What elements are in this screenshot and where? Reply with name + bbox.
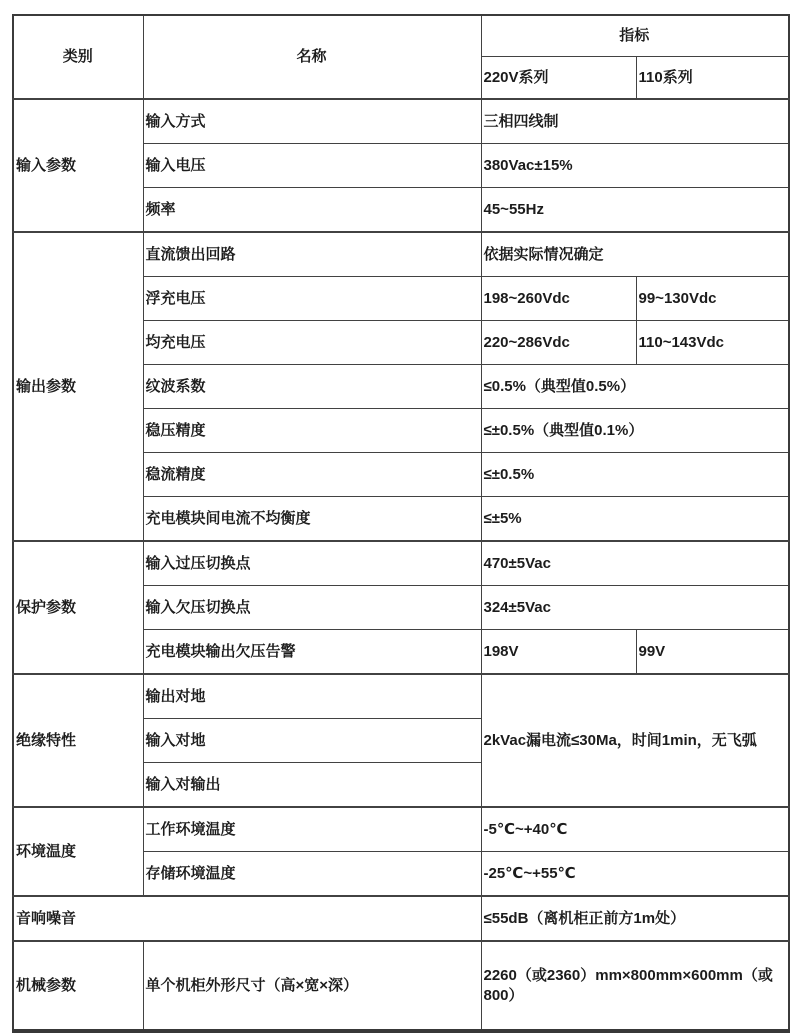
category-cell: 绝缘特性 — [13, 674, 143, 807]
spec-name-cell: 工作环境温度 — [143, 807, 481, 852]
spec-name-cell: 输入对地 — [143, 719, 481, 763]
spec-value-cell: ≤±0.5%（典型值0.1%） — [481, 409, 789, 453]
spec-name-cell: 输入欠压切换点 — [143, 586, 481, 630]
category-cell: 输入参数 — [13, 99, 143, 232]
spec-table: 类别 名称 指标 220V系列 110系列 输入参数 输入方式 三相四线制 输入… — [12, 14, 790, 1033]
spec-name-cell: 浮充电压 — [143, 277, 481, 321]
header-name-cell: 名称 — [143, 15, 481, 99]
spec-value-110-cell: 99~130Vdc — [636, 277, 789, 321]
spec-value-220-cell: 198V — [481, 630, 636, 675]
spec-value-cell: ≤0.5%（典型值0.5%） — [481, 365, 789, 409]
spec-name-cell: 单个机柜外形尺寸（高×宽×深） — [143, 941, 481, 1031]
spec-value-cell: 324±5Vac — [481, 586, 789, 630]
category-cell: 音响噪音 — [13, 896, 481, 941]
category-cell: 保护参数 — [13, 541, 143, 674]
spec-name-cell: 稳压精度 — [143, 409, 481, 453]
spec-shared-value-cell: 2kVac漏电流≤30Ma，时间1min，无飞弧 — [481, 674, 789, 807]
spec-name-cell: 输入方式 — [143, 99, 481, 144]
header-indicator-cell: 指标 — [481, 15, 789, 57]
spec-value-cell: ≤±5% — [481, 497, 789, 542]
header-series-220-cell: 220V系列 — [481, 57, 636, 100]
spec-name-cell: 输入电压 — [143, 144, 481, 188]
spec-name-cell: 存储环境温度 — [143, 852, 481, 897]
spec-name-cell: 纹波系数 — [143, 365, 481, 409]
spec-name-cell: 稳流精度 — [143, 453, 481, 497]
spec-value-cell: -25℃~+55℃ — [481, 852, 789, 897]
spec-page: 类别 名称 指标 220V系列 110系列 输入参数 输入方式 三相四线制 输入… — [0, 0, 800, 1035]
spec-name-cell: 充电模块输出欠压告警 — [143, 630, 481, 675]
spec-value-cell: -5℃~+40℃ — [481, 807, 789, 852]
spec-value-cell: 45~55Hz — [481, 188, 789, 233]
spec-value-110-cell: 110~143Vdc — [636, 321, 789, 365]
spec-value-cell: 三相四线制 — [481, 99, 789, 144]
spec-name-cell: 输入对输出 — [143, 763, 481, 808]
spec-name-cell: 充电模块间电流不均衡度 — [143, 497, 481, 542]
spec-value-220-cell: 198~260Vdc — [481, 277, 636, 321]
spec-value-220-cell: 220~286Vdc — [481, 321, 636, 365]
category-cell: 机械参数 — [13, 941, 143, 1031]
spec-value-cell: 2260（或2360）mm×800mm×600mm（或800） — [481, 941, 789, 1031]
category-cell: 输出参数 — [13, 232, 143, 541]
spec-name-cell: 均充电压 — [143, 321, 481, 365]
category-cell: 环境温度 — [13, 807, 143, 896]
spec-value-cell: ≤55dB（离机柜正前方1m处） — [481, 896, 789, 941]
spec-value-cell: 依据实际情况确定 — [481, 232, 789, 277]
spec-value-110-cell: 99V — [636, 630, 789, 675]
header-series-110-cell: 110系列 — [636, 57, 789, 100]
spec-value-cell: ≤±0.5% — [481, 453, 789, 497]
spec-value-cell: 380Vac±15% — [481, 144, 789, 188]
header-category-cell: 类别 — [13, 15, 143, 99]
spec-name-cell: 输出对地 — [143, 674, 481, 719]
spec-name-cell: 频率 — [143, 188, 481, 233]
spec-name-cell: 直流馈出回路 — [143, 232, 481, 277]
spec-name-cell: 输入过压切换点 — [143, 541, 481, 586]
spec-value-cell: 470±5Vac — [481, 541, 789, 586]
